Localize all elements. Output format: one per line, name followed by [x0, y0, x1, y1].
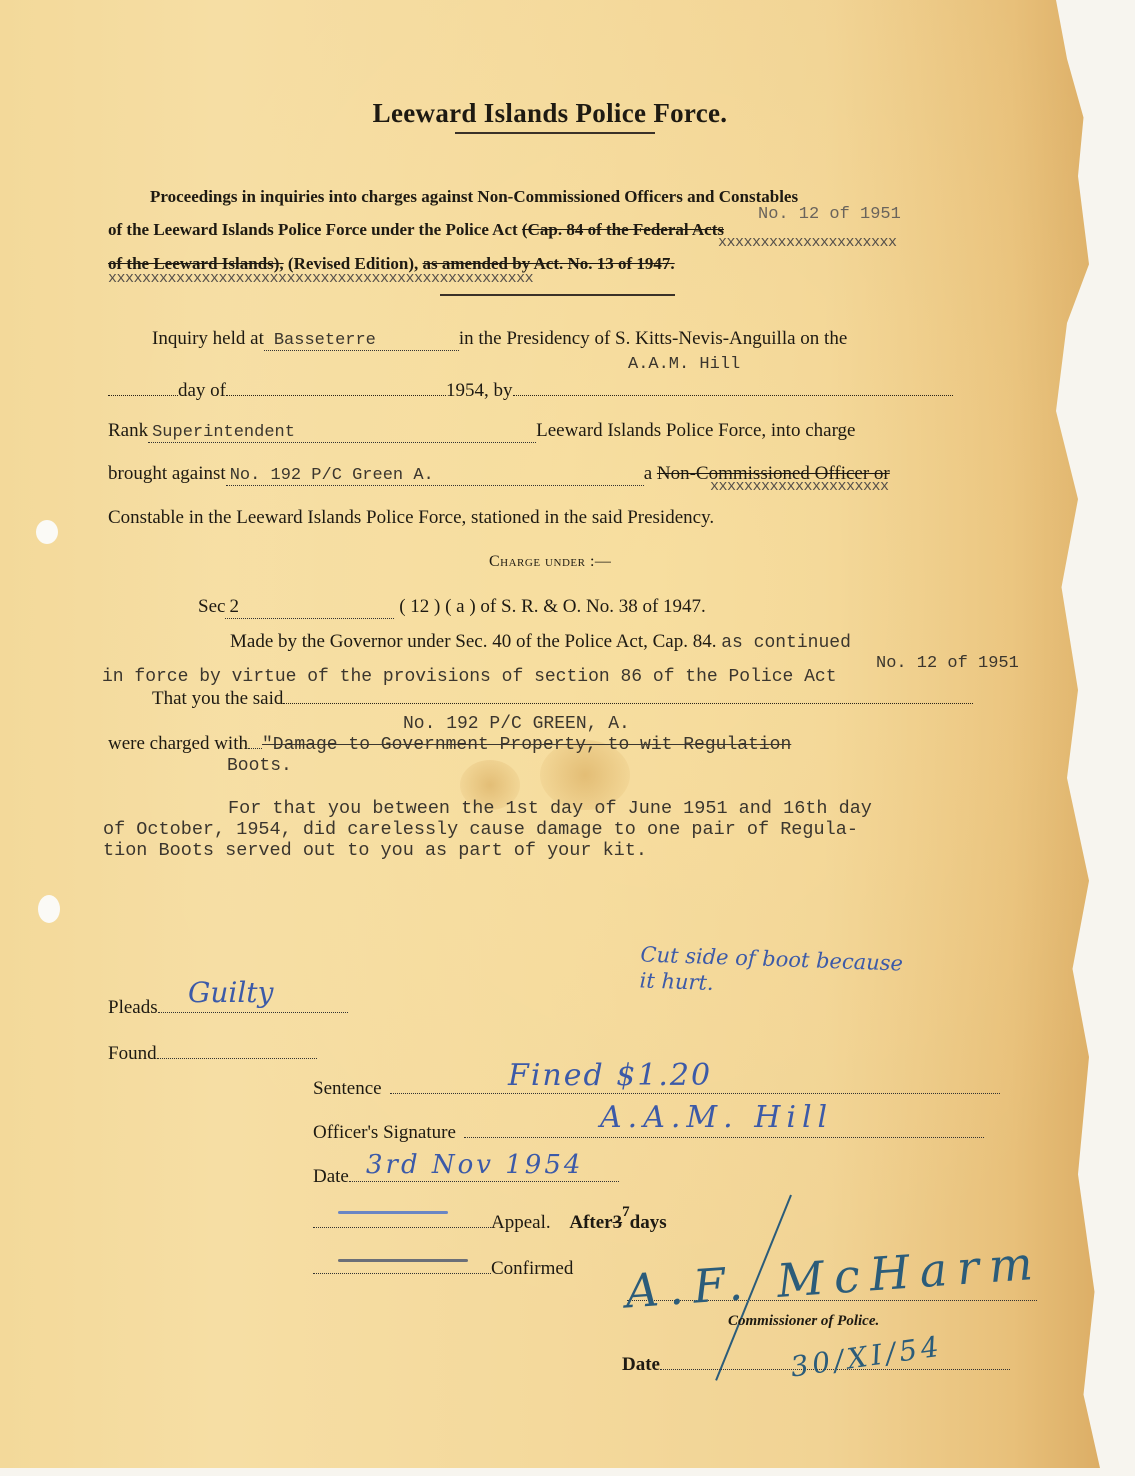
typed-x-strikeout: xxxxxxxxxxxxxxxxxxxxx	[718, 234, 897, 251]
typed-x-strikeout: xxxxxxxxxxxxxxxxxxxxx	[710, 478, 889, 495]
rank-field: Superintendent	[148, 423, 536, 443]
appeal-label: Appeal.	[491, 1212, 551, 1233]
pleads-label: Pleads	[108, 997, 158, 1018]
date-value: 3rd Nov 1954	[366, 1150, 583, 1180]
punch-hole	[36, 520, 58, 544]
particulars-line: For that you between the 1st day of June…	[103, 798, 872, 819]
charged-with-line: were charged with"Damage to Government P…	[108, 733, 791, 755]
particulars-block: For that you between the 1st day of June…	[103, 798, 872, 861]
found-line: Found	[108, 1043, 317, 1065]
preamble-line-2: of the Leeward Islands Police Force unde…	[108, 220, 724, 240]
year-value: 1954	[446, 380, 484, 401]
sentence-value: Fined $1.20	[508, 1058, 712, 1093]
typed-in-force: in force by virtue of the provisions of …	[102, 667, 837, 687]
that-you-line: That you the said	[152, 688, 973, 710]
charge-text-cont: Boots.	[227, 756, 292, 776]
typed-act-number-2: No. 12 of 1951	[876, 654, 1019, 673]
sec-field: 2	[225, 596, 394, 619]
commissioner-signature: A.F. McHarm	[624, 1235, 1045, 1318]
constable-line: Constable in the Leeward Islands Police …	[108, 507, 714, 529]
document-page: Leeward Islands Police Force. Proceeding…	[0, 0, 1100, 1468]
handwritten-note: Cut side of boot because it hurt.	[639, 941, 903, 1002]
sec-label: Sec	[198, 596, 225, 617]
appeal-line: Appeal. After37days	[313, 1212, 667, 1234]
against-label: brought against	[108, 463, 226, 484]
rank-line: RankSuperintendentLeeward Islands Police…	[108, 420, 855, 443]
preamble-rule	[440, 294, 675, 296]
by-field	[513, 393, 953, 396]
presidency-text: in the Presidency of S. Kitts-Nevis-Angu…	[459, 328, 847, 349]
sec-rest: ( 12 ) ( a ) of S. R. & O. No. 38 of 194…	[399, 596, 706, 617]
appeal-after: After	[569, 1212, 612, 1233]
officer-signature: A.A.M. Hill	[600, 1100, 833, 1135]
inquiring-officer-typed: A.A.M. Hill	[628, 355, 740, 374]
signature-label: Officer's Signature	[313, 1122, 456, 1143]
charge-text: "Damage to Government Property, to wit R…	[262, 735, 791, 755]
title-rule	[455, 132, 655, 134]
commissioner-date-label: Date	[622, 1354, 660, 1375]
article-text: a	[644, 463, 652, 484]
section-line: Sec2 ( 12 ) ( a ) of S. R. & O. No. 38 o…	[198, 596, 706, 619]
pen-dash	[338, 1211, 448, 1214]
typed-act-number: No. 12 of 1951	[758, 205, 901, 224]
amended-days: 7	[622, 1204, 630, 1220]
typed-x-strikeout: xxxxxxxxxxxxxxxxxxxxxxxxxxxxxxxxxxxxxxxx…	[108, 270, 533, 287]
charge-heading: Charge under :—	[489, 553, 611, 571]
rank-suffix: Leeward Islands Police Force, into charg…	[536, 420, 855, 441]
day-field	[108, 393, 178, 396]
appeal-days: days	[630, 1212, 667, 1233]
held-at-label: Inquiry held at	[152, 328, 264, 349]
commissioner-label: Commissioner of Police.	[728, 1313, 879, 1330]
particulars-line: of October, 1954, did carelessly cause d…	[103, 819, 872, 840]
struck-text: (Cap. 84 of the Federal Acts	[522, 220, 724, 239]
held-at-field: Basseterre	[264, 331, 459, 351]
inquiry-line: Inquiry held atBasseterrein the Presiden…	[152, 328, 847, 351]
sentence-label: Sentence	[313, 1078, 382, 1099]
accused-field: No. 192 P/C Green A.	[226, 466, 644, 486]
month-field	[226, 393, 446, 396]
confirmed-line: Confirmed	[313, 1258, 573, 1280]
day-of-label: day of	[178, 380, 226, 401]
by-label: , by	[484, 380, 513, 401]
typed-continued: as continued	[721, 633, 851, 653]
preamble-text: of the Leeward Islands Police Force unde…	[108, 220, 518, 239]
particulars-line: tion Boots served out to you as part of …	[103, 840, 872, 861]
found-field	[157, 1044, 317, 1059]
made-by-line: Made by the Governor under Sec. 40 of th…	[230, 631, 851, 653]
pen-dash	[338, 1259, 468, 1262]
dots	[248, 748, 262, 749]
that-field	[283, 701, 973, 704]
confirmed-field	[313, 1259, 491, 1274]
that-label: That you the said	[152, 688, 283, 709]
preamble-line-1: Proceedings in inquiries into charges ag…	[150, 187, 798, 207]
made-by-text: Made by the Governor under Sec. 40 of th…	[230, 631, 717, 652]
form-title: Leeward Islands Police Force.	[0, 98, 1100, 129]
struck-days: 3	[613, 1212, 623, 1233]
charged-label: were charged with	[108, 733, 248, 754]
found-label: Found	[108, 1043, 157, 1064]
rank-label: Rank	[108, 420, 148, 441]
pleads-value: Guilty	[188, 976, 273, 1009]
accused-typed: No. 192 P/C GREEN, A.	[403, 714, 630, 734]
confirmed-label: Confirmed	[491, 1258, 573, 1279]
appeal-field	[313, 1213, 491, 1228]
punch-hole	[38, 895, 60, 923]
date-label: Date	[313, 1166, 349, 1187]
day-of-line: day of1954, by	[108, 380, 953, 402]
